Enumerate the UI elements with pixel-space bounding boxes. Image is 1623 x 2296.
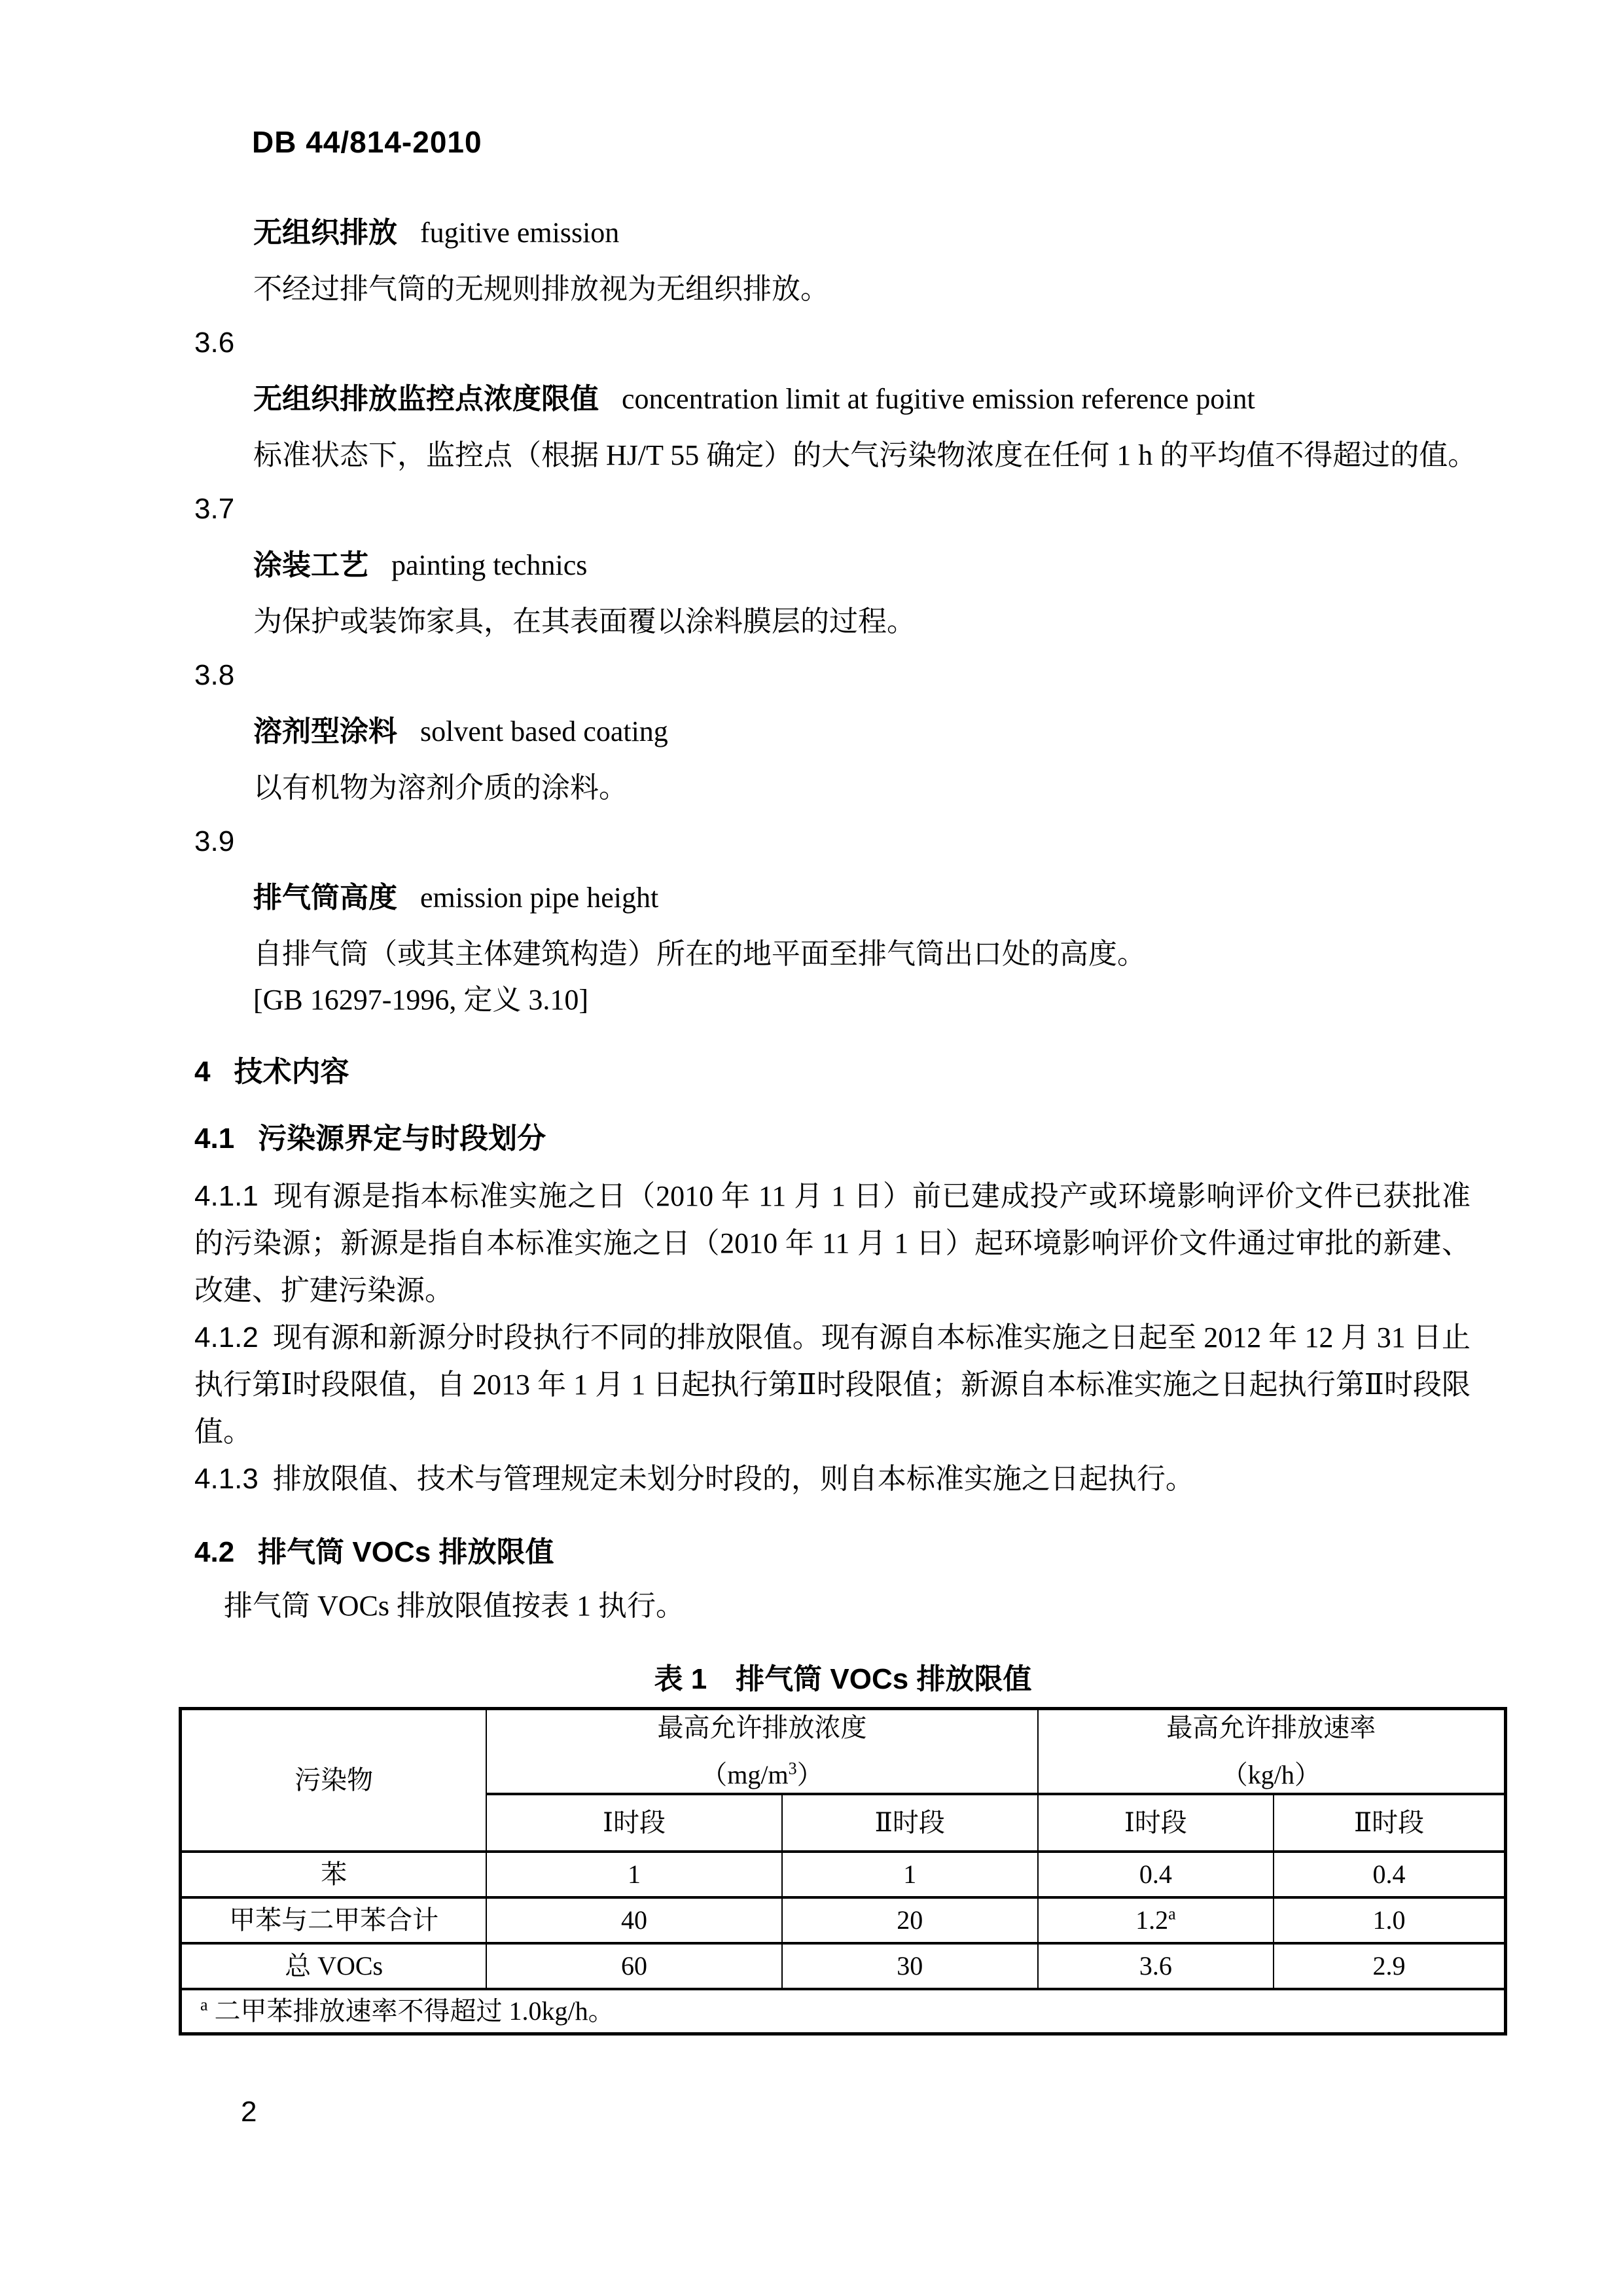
pollutant-name: 苯 xyxy=(181,1852,487,1897)
chapter-number: 4 xyxy=(194,1056,210,1088)
table-row: 甲苯与二甲苯合计 40 20 1.2a 1.0 xyxy=(181,1897,1506,1943)
rate-group-header: 最高允许排放速率 （kg/h） xyxy=(1038,1709,1506,1795)
term-heading: 无组织排放监控点浓度限值concentration limit at fugit… xyxy=(253,382,1471,416)
term-heading: 无组织排放fugitive emission xyxy=(253,216,1471,250)
definition-text: 标准状态下，监控点（根据 HJ/T 55 确定）的大气污染物浓度在任何 1 h … xyxy=(253,439,1471,473)
concentration-group-header: 最高允许排放浓度 （mg/m3） xyxy=(486,1709,1037,1795)
limit-value: 3.6 xyxy=(1038,1943,1274,1989)
concentration-group-unit: （mg/m3） xyxy=(487,1758,1037,1792)
table1-container: 表 1 排气筒 VOCs 排放限值 污染物 最高允许排放浓度 （mg/m3） 最… xyxy=(179,1662,1507,2036)
concentration-group-title: 最高允许排放浓度 xyxy=(487,1711,1037,1745)
term-zh: 排气筒高度 xyxy=(253,882,397,914)
period-header: Ⅱ时段 xyxy=(782,1794,1038,1852)
section-heading-number: 4.2 xyxy=(194,1536,234,1568)
section-heading-title: 排气筒 VOCs 排放限值 xyxy=(258,1536,554,1568)
voc-limits-table: 污染物 最高允许排放浓度 （mg/m3） 最高允许排放速率 （kg/h） Ⅰ时段… xyxy=(179,1707,1507,2036)
limit-value: 1.2a xyxy=(1038,1897,1274,1943)
limit-value: 60 xyxy=(486,1943,782,1989)
clause-text: 现有源和新源分时段执行不同的排放限值。现有源自本标准实施之日起至 2012 年 … xyxy=(194,1321,1471,1448)
section-heading-number: 4.1 xyxy=(194,1122,234,1155)
rate-group-unit: （kg/h） xyxy=(1039,1758,1504,1792)
limit-value: 1.0 xyxy=(1274,1897,1505,1943)
section-heading: 4.1污染源界定与时段划分 xyxy=(194,1122,1471,1156)
table1-caption: 表 1 排气筒 VOCs 排放限值 xyxy=(179,1662,1507,1696)
page-number: 2 xyxy=(241,2096,257,2128)
section-heading-title: 污染源界定与时段划分 xyxy=(258,1122,546,1155)
rate-group-title: 最高允许排放速率 xyxy=(1039,1711,1504,1745)
definition-text: 以有机物为溶剂介质的涂料。 xyxy=(253,771,1471,805)
clause-paragraph: 4.1.1现有源是指本标准实施之日（2010 年 11 月 1 日）前已建成投产… xyxy=(194,1173,1471,1314)
clause-paragraph: 4.1.2现有源和新源分时段执行不同的排放限值。现有源自本标准实施之日起至 20… xyxy=(194,1314,1471,1456)
term-zh: 溶剂型涂料 xyxy=(253,715,397,747)
clause-paragraph: 4.1.3排放限值、技术与管理规定未划分时段的，则自本标准实施之日起执行。 xyxy=(194,1456,1471,1503)
doc-number-header: DB 44/814-2010 xyxy=(252,124,482,160)
chapter-heading: 4技术内容 xyxy=(194,1055,1471,1089)
term-zh: 无组织排放 xyxy=(253,217,397,249)
limit-value: 20 xyxy=(782,1897,1038,1943)
term-en: painting technics xyxy=(391,549,587,581)
standard-reference: [GB 16297-1996, 定义 3.10] xyxy=(253,983,1471,1017)
period-header: Ⅰ时段 xyxy=(1038,1794,1274,1852)
table-row: 总 VOCs 60 30 3.6 2.9 xyxy=(181,1943,1506,1989)
table-footnote: a 二甲苯排放速率不得超过 1.0kg/h。 xyxy=(181,1989,1506,2034)
pollutant-name: 总 VOCs xyxy=(181,1943,487,1989)
definition-text: 为保护或装饰家具，在其表面覆以涂料膜层的过程。 xyxy=(253,605,1471,639)
footnote-text: 二甲苯排放速率不得超过 1.0kg/h。 xyxy=(215,1996,615,2026)
definition-text: 不经过排气筒的无规则排放视为无组织排放。 xyxy=(253,272,1471,306)
table-row: 苯 1 1 0.4 0.4 xyxy=(181,1852,1506,1897)
limit-value: 2.9 xyxy=(1274,1943,1505,1989)
term-en: concentration limit at fugitive emission… xyxy=(622,383,1255,415)
section-number: 3.6 xyxy=(194,326,1471,360)
limit-value: 1 xyxy=(782,1852,1038,1897)
table-footnote-row: a 二甲苯排放速率不得超过 1.0kg/h。 xyxy=(181,1989,1506,2034)
term-heading: 溶剂型涂料solvent based coating xyxy=(253,715,1471,749)
period-header: Ⅱ时段 xyxy=(1274,1794,1505,1852)
pollutant-name: 甲苯与二甲苯合计 xyxy=(181,1897,487,1943)
term-heading: 涂装工艺painting technics xyxy=(253,548,1471,583)
term-heading: 排气筒高度emission pipe height xyxy=(253,881,1471,915)
table-intro-text: 排气筒 VOCs 排放限值按表 1 执行。 xyxy=(224,1589,1471,1623)
footnote-marker: a xyxy=(200,1996,208,2015)
limit-value: 0.4 xyxy=(1038,1852,1274,1897)
page-content: 无组织排放fugitive emission 不经过排气筒的无规则排放视为无组织… xyxy=(194,216,1471,2036)
section-number: 3.7 xyxy=(194,492,1471,526)
definition-text: 自排气筒（或其主体建筑构造）所在的地平面至排气筒出口处的高度。 xyxy=(253,937,1471,971)
clause-text: 排放限值、技术与管理规定未划分时段的，则自本标准实施之日起执行。 xyxy=(273,1463,1194,1495)
pollutant-column-header: 污染物 xyxy=(181,1709,487,1852)
term-zh: 无组织排放监控点浓度限值 xyxy=(253,383,599,415)
limit-value: 0.4 xyxy=(1274,1852,1505,1897)
section-heading: 4.2排气筒 VOCs 排放限值 xyxy=(194,1535,1471,1570)
clause-number: 4.1.3 xyxy=(194,1463,259,1495)
clause-number: 4.1.1 xyxy=(194,1180,259,1212)
limit-value: 1 xyxy=(486,1852,782,1897)
document-page: DB 44/814-2010 无组织排放fugitive emission 不经… xyxy=(0,0,1623,2296)
term-en: fugitive emission xyxy=(420,217,619,249)
term-en: solvent based coating xyxy=(420,715,668,747)
clause-text: 现有源是指本标准实施之日（2010 年 11 月 1 日）前已建成投产或环境影响… xyxy=(194,1180,1471,1306)
term-zh: 涂装工艺 xyxy=(253,549,368,581)
clause-number: 4.1.2 xyxy=(194,1321,259,1354)
limit-value: 40 xyxy=(486,1897,782,1943)
term-en: emission pipe height xyxy=(420,882,658,914)
period-header: Ⅰ时段 xyxy=(486,1794,782,1852)
table-group-header-row: 污染物 最高允许排放浓度 （mg/m3） 最高允许排放速率 （kg/h） xyxy=(181,1709,1506,1795)
chapter-title: 技术内容 xyxy=(234,1056,349,1088)
section-number: 3.8 xyxy=(194,658,1471,692)
section-number: 3.9 xyxy=(194,825,1471,859)
limit-value: 30 xyxy=(782,1943,1038,1989)
